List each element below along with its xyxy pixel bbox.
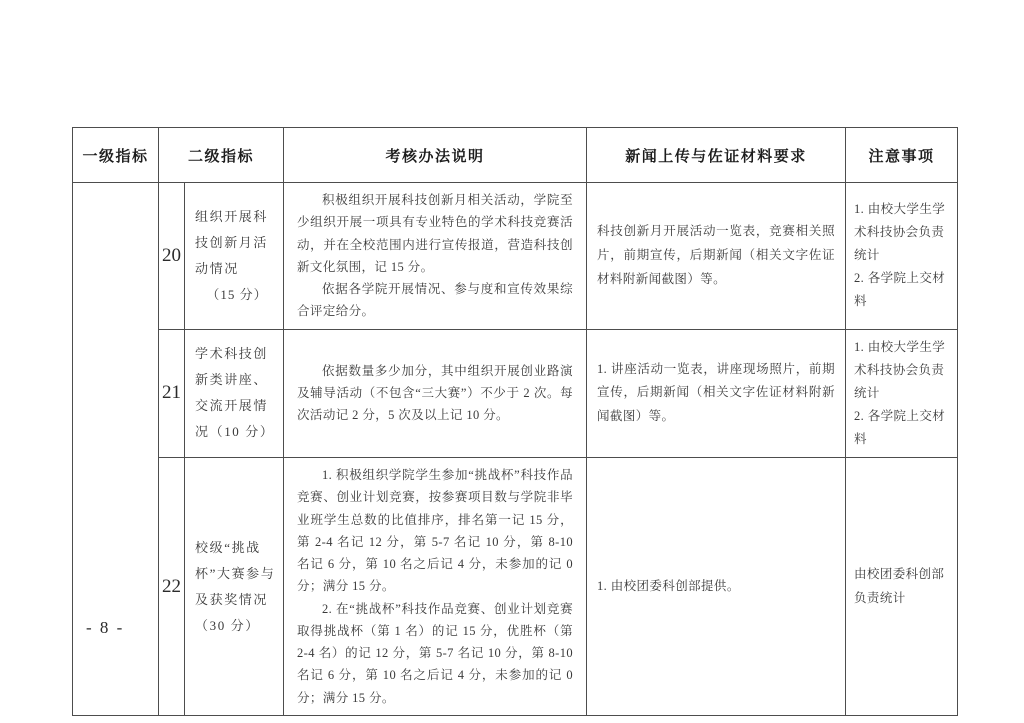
table-row-21: 21 学术科技创新类讲座、交流开展情况（10 分） 依据数量多少加分，其中组织开… (73, 329, 958, 458)
indicator-score: （15 分） (195, 282, 279, 308)
method-paragraph: 依据数量多少加分，其中组织开展创业路演及辅导活动（不包含“三大赛”）不少于 2 … (297, 360, 573, 427)
row-number: 20 (159, 183, 185, 330)
secondary-indicator-cell: 校级“挑战杯”大赛参与及获奖情况（30 分） (185, 458, 284, 716)
method-paragraph: 依据各学院开展情况、参与度和宣传效果综合评定给分。 (297, 278, 573, 323)
row-number: 22 (159, 458, 185, 716)
notes-cell: 1. 由校大学生学术科技协会负责统计 2. 各学院上交材料 (846, 183, 958, 330)
header-secondary-indicator: 二级指标 (159, 128, 284, 183)
table-header-row: 一级指标 二级指标 考核办法说明 新闻上传与佐证材料要求 注意事项 (73, 128, 958, 183)
indicator-text: 组织开展科技创新月活动情况 (195, 204, 279, 282)
assessment-method-cell: 依据数量多少加分，其中组织开展创业路演及辅导活动（不包含“三大赛”）不少于 2 … (284, 329, 587, 458)
header-materials-requirement: 新闻上传与佐证材料要求 (587, 128, 846, 183)
materials-cell: 1. 由校团委科创部提供。 (587, 458, 846, 716)
notes-cell: 由校团委科创部负责统计 (846, 458, 958, 716)
indicator-text: 校级“挑战杯”大赛参与及获奖情况（30 分） (195, 535, 279, 639)
row-number: 21 (159, 329, 185, 458)
materials-cell: 科技创新月开展活动一览表，竞赛相关照片，前期宣传，后期新闻（相关文字佐证材料附新… (587, 183, 846, 330)
table-row-20: 20 组织开展科技创新月活动情况 （15 分） 积极组织开展科技创新月相关活动，… (73, 183, 958, 330)
method-paragraph: 积极组织开展科技创新月相关活动，学院至少组织开展一项具有专业特色的学术科技竞赛活… (297, 189, 573, 278)
notes-cell: 1. 由校大学生学术科技协会负责统计 2. 各学院上交材料 (846, 329, 958, 458)
note-line: 由校团委科创部负责统计 (854, 563, 949, 609)
assessment-method-cell: 积极组织开展科技创新月相关活动，学院至少组织开展一项具有专业特色的学术科技竞赛活… (284, 183, 587, 330)
method-paragraph: 1. 积极组织学院学生参加“挑战杯”科技作品竞赛、创业计划竞赛，按参赛项目数与学… (297, 464, 573, 598)
method-paragraph: 2. 在“挑战杯”科技作品竞赛、创业计划竞赛取得挑战杯（第 1 名）的记 15 … (297, 598, 573, 709)
header-notes: 注意事项 (846, 128, 958, 183)
materials-cell: 1. 讲座活动一览表，讲座现场照片，前期宣传，后期新闻（相关文字佐证材料附新闻截… (587, 329, 846, 458)
note-line: 2. 各学院上交材料 (854, 405, 949, 451)
indicator-text: 学术科技创新类讲座、交流开展情况（10 分） (195, 341, 279, 445)
note-line: 1. 由校大学生学术科技协会负责统计 (854, 198, 949, 267)
assessment-table: 一级指标 二级指标 考核办法说明 新闻上传与佐证材料要求 注意事项 20 组织开… (72, 127, 958, 716)
header-assessment-method: 考核办法说明 (284, 128, 587, 183)
table-row-22: 22 校级“挑战杯”大赛参与及获奖情况（30 分） 1. 积极组织学院学生参加“… (73, 458, 958, 716)
assessment-method-cell: 1. 积极组织学院学生参加“挑战杯”科技作品竞赛、创业计划竞赛，按参赛项目数与学… (284, 458, 587, 716)
header-primary-indicator: 一级指标 (73, 128, 159, 183)
note-line: 2. 各学院上交材料 (854, 267, 949, 313)
page-number: - 8 - (86, 618, 124, 638)
document-page: 一级指标 二级指标 考核办法说明 新闻上传与佐证材料要求 注意事项 20 组织开… (0, 0, 1024, 723)
secondary-indicator-cell: 学术科技创新类讲座、交流开展情况（10 分） (185, 329, 284, 458)
secondary-indicator-cell: 组织开展科技创新月活动情况 （15 分） (185, 183, 284, 330)
note-line: 1. 由校大学生学术科技协会负责统计 (854, 336, 949, 405)
